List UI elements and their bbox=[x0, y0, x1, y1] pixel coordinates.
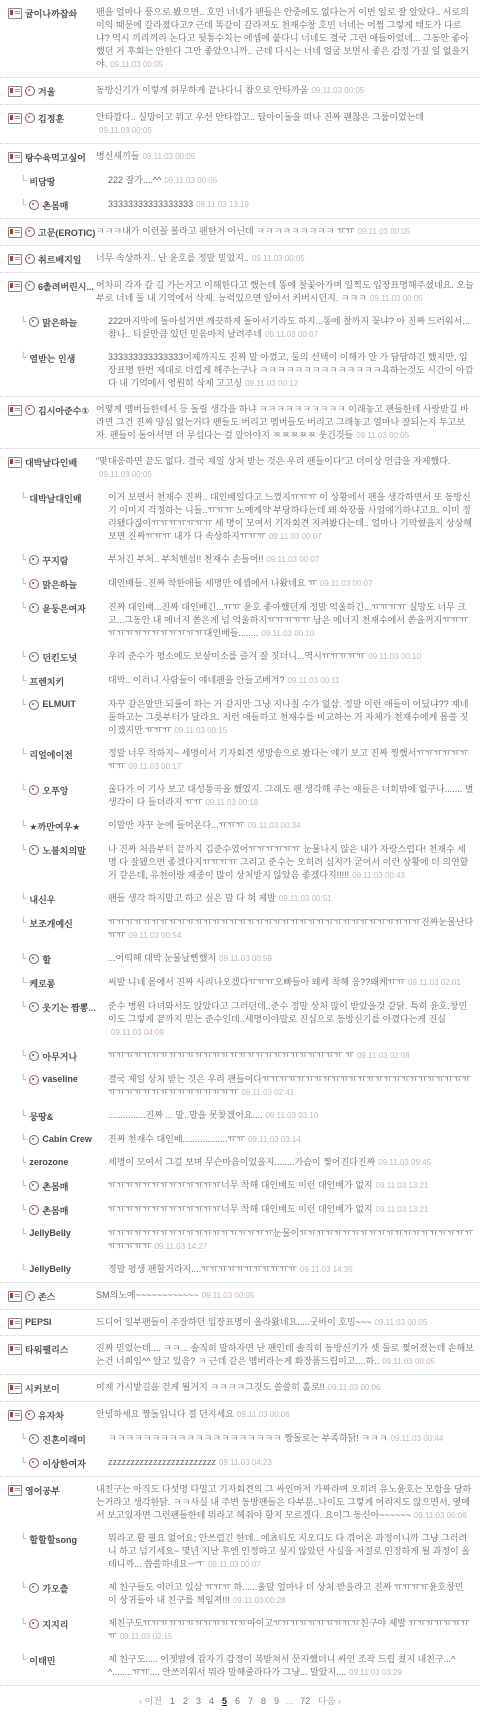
username[interactable]: 웃기는 짬뽕... bbox=[42, 1001, 95, 1014]
comment-text: 팬들 생각 하지말고 하고 싶은 말 다 혀 제발 bbox=[108, 893, 276, 903]
comment-row: 유자차안녕하세요 짱돌입니다 절 던지세요09.11.03 00:06 bbox=[0, 1403, 480, 1427]
member-card-icon[interactable] bbox=[8, 113, 22, 124]
member-card-icon[interactable] bbox=[8, 152, 22, 163]
comment-body: 222마지막에 돌아설거면 깨끗하게 돌아서기라도 하지...똥에 찰까지 꽂냐… bbox=[108, 315, 476, 341]
comment-timestamp: 09.11.03 00:05 bbox=[99, 470, 152, 479]
comment-body: 준수 병원 다녀와서도 앉았다고 그러던데..준수 정말 상처 많이 받았을것 … bbox=[108, 1000, 476, 1039]
username[interactable]: 뭉땅& bbox=[29, 1110, 53, 1123]
comment-row: 고문(EROTIC)ㅋㅋㅋ내가 이런꼴 볼라고 팬한거 아닌데 ㅋㅋㅋㅋㅋㅋㅋㅋ… bbox=[0, 220, 480, 244]
reply-indent-icon: └ bbox=[20, 1533, 26, 1544]
comment-timestamp: 09.11.03 00:12 bbox=[245, 379, 298, 388]
member-card-icon[interactable] bbox=[8, 1291, 22, 1302]
username[interactable]: 프렌치키 bbox=[29, 675, 64, 688]
comment-timestamp: 09.11.03 00:07 bbox=[320, 579, 373, 588]
comment-timestamp: 09.11.03 00:06 bbox=[328, 1383, 381, 1392]
username[interactable]: 유자차 bbox=[38, 1409, 64, 1422]
username[interactable]: 케로롱 bbox=[29, 977, 55, 990]
comment-group: PEPSI드디어 일부팬들이 주장하던 입장표명이 올라왔네요.....굿바이 … bbox=[0, 1309, 480, 1335]
comment-text: ㅠㅠㅠㅠㅠㅠㅠㅠㅠㅠㅠㅠㅠㅠㅠㅠㅠㅠㅠㅠㅠㅠㅠㅠㅠㅠㅠ ㅠ bbox=[108, 1050, 354, 1060]
reply-indent-icon: └ bbox=[20, 1001, 26, 1012]
reply-row: └JellyBellyㅠㅠㅠㅠㅠㅠㅠㅠㅠㅠㅠㅠㅠㅠㅠㅠㅠㅠㅠ눈물이ㅠㅠㅠㅠㅠㅠㅠ… bbox=[0, 1222, 480, 1258]
comment-body: ㅋㅋㅋ내가 이런꼴 볼라고 팬한거 아닌데 ㅋㅋㅋㅋㅋㅋㅋㅋㅋ ㅠㅠ09.11.… bbox=[96, 225, 476, 238]
comment-row: 영어공부내친구는 아직도 다섯명 다밀고 기자회견의 그 싸인마저 가짜라며 오… bbox=[0, 1478, 480, 1527]
member-card-icon[interactable] bbox=[8, 227, 22, 238]
username[interactable]: JellyBelly bbox=[29, 1264, 71, 1274]
reply-row: └★까만여우★이말만 자꾸 눈에 들어온다...ㅠㅠㅠ09.11.03 00:3… bbox=[0, 814, 480, 838]
comment-group: 시커보이이제 가시밭길을 걷게 될거지 ㅋㅋㅋㅋ그것도 쓸쓸히 홀로!!09.1… bbox=[0, 1374, 480, 1401]
comment-author-cell: └노블치의말 bbox=[8, 843, 108, 857]
comment-body: 정말 평생 팬할거라지....ㅠㅠㅠㅠㅠㅠㅠㅠㅠㅠㅠ09.11.03 14:35 bbox=[108, 1263, 476, 1276]
comment-author-cell: └비담땅 bbox=[8, 174, 108, 188]
comment-body: ㅠㅠㅠㅠㅠㅠㅠㅠㅠㅠㅠㅠㅠㅠㅠㅠㅠㅠㅠㅠㅠㅠㅠㅠㅠㅠㅠㅠㅠㅠㅠㅠㅠㅠㅠㅠ진짜눈물… bbox=[108, 916, 476, 942]
comment-timestamp: 09.11.03 00:07 bbox=[266, 555, 319, 564]
reply-indent-icon: └ bbox=[20, 352, 26, 363]
username[interactable]: 열받는 인생 bbox=[29, 352, 75, 365]
username[interactable]: 시커보이 bbox=[25, 1382, 60, 1395]
level-badge-icon bbox=[29, 1205, 39, 1215]
comment-body: 대인배들..진짜 착한애들 세명만 에셉에서 나왔네요 ㅠ09.11.03 00… bbox=[108, 577, 476, 590]
comment-author-cell: 시커보이 bbox=[8, 1381, 96, 1395]
comment-text: 병신새끼들 bbox=[96, 151, 139, 161]
comment-body: 222 잘가....^^09.11.03 00:05 bbox=[108, 174, 476, 187]
comment-body: 이제 가시밭길을 걷게 될거지 ㅋㅋㅋㅋ그것도 쓸쓸히 홀로!!09.11.03… bbox=[96, 1381, 476, 1394]
comment-body: SM의노예~~~~~~~~~~~~09.11.03 00:05 bbox=[96, 1289, 476, 1302]
comment-timestamp: 09.11.03 09:45 bbox=[378, 1158, 431, 1167]
comment-body: 정말 너무 착하지~ 세명이서 기자회견 생방송으로 봤다는 얘기 보고 진짜 … bbox=[108, 747, 476, 773]
comment-author-cell: └맑은하늘 bbox=[8, 577, 108, 591]
username[interactable]: 비담땅 bbox=[29, 175, 55, 188]
level-badge-icon bbox=[25, 86, 35, 96]
username[interactable]: 꾸지람 bbox=[42, 554, 68, 567]
comment-timestamp: 09.11.03 00:05 bbox=[202, 1291, 255, 1300]
comment-body: 씨발 니네 몸에서 진짜 사리나오겠다ㅠㅠㅠ오빠들아 왜케 착해 응??왜케ㅠㅠ… bbox=[108, 976, 476, 989]
reply-row: └vaseline결국 제일 상처 받는 것은 우리 팬들이다ㅠㅠㅠㅠㅠㅠㅠㅠㅠ… bbox=[0, 1068, 480, 1104]
username[interactable]: Cabin Crew bbox=[42, 1134, 92, 1144]
username[interactable]: 김정훈 bbox=[38, 112, 64, 125]
username[interactable]: vaseline bbox=[42, 1074, 78, 1084]
comment-timestamp: 09.11.03 00:05 bbox=[357, 227, 410, 236]
username[interactable]: 존스 bbox=[38, 1290, 55, 1303]
comment-text: ...어떡해 대박 눈물날뻔했지 bbox=[108, 953, 216, 963]
comment-author-cell: └이상한여자 bbox=[8, 1456, 108, 1470]
level-badge-icon bbox=[29, 652, 39, 662]
comment-row: 탕수육먹고싶어병신새끼들09.11.03 00:05 bbox=[0, 145, 480, 169]
comment-author-cell: └★까만여우★ bbox=[8, 819, 108, 833]
username[interactable]: 탕수육먹고싶어 bbox=[25, 151, 86, 164]
comment-author-cell: └촌몸매 bbox=[8, 1203, 108, 1217]
pagination-page-6[interactable]: 6 bbox=[235, 1696, 240, 1706]
reply-indent-icon: └ bbox=[20, 554, 26, 565]
comment-author-cell: └열받는 인생 bbox=[8, 351, 108, 365]
comment-text: 울다가 이 기사 보고 대성통곡을 했었지. 그래도 팬 생각해 주는 애들은 … bbox=[108, 784, 474, 807]
username[interactable]: 6촐려버린시... bbox=[38, 280, 94, 293]
comment-row: 김시아준수①어떻게 멤버들한테서 등 돌릴 생각을 하냐 ㅋㅋㅋㅋㅋㅋㅋㅋㅋㅋ … bbox=[0, 398, 480, 447]
comment-list: 귤이나까잡솨팬을 얼마나 풍으로 봤으면.. 호민 너네가 팬들은 안중에도 없… bbox=[0, 0, 480, 1685]
member-card-icon[interactable] bbox=[8, 1318, 22, 1329]
comment-timestamp: 09.11.03 00:05 bbox=[370, 294, 423, 303]
comment-body: 제 친구도..... 어젯밤에 갑자기 감정이 복받쳐서 문자했더니 싸인 조작… bbox=[108, 1653, 476, 1679]
reply-row: └보조개예신ㅠㅠㅠㅠㅠㅠㅠㅠㅠㅠㅠㅠㅠㅠㅠㅠㅠㅠㅠㅠㅠㅠㅠㅠㅠㅠㅠㅠㅠㅠㅠㅠㅠㅠ… bbox=[0, 911, 480, 947]
reply-row: └꾸지람부처긴 부처.. 부처핸섬!! 천재수 손들어!!09.11.03 00… bbox=[0, 548, 480, 572]
username[interactable]: ★까만여우★ bbox=[29, 820, 80, 833]
comment-body: 병신새끼들09.11.03 00:05 bbox=[96, 150, 476, 163]
username[interactable]: 할할할song bbox=[29, 1533, 77, 1546]
comment-timestamp: 09.11.03 02:01 bbox=[408, 978, 461, 987]
username[interactable]: 할 bbox=[42, 953, 51, 966]
comment-group: 고문(EROTIC)ㅋㅋㅋ내가 이런꼴 볼라고 팬한거 아닌데 ㅋㅋㅋㅋㅋㅋㅋㅋ… bbox=[0, 218, 480, 245]
comment-text: 준수 병원 다녀와서도 앉았다고 그러던데..준수 정말 상처 많이 받았을것 … bbox=[108, 1001, 467, 1024]
username[interactable]: 맑은하늘 bbox=[42, 316, 77, 329]
comment-timestamp: 09.11.03 13:19 bbox=[196, 200, 249, 209]
member-card-icon[interactable] bbox=[8, 254, 22, 265]
comment-body: 세명이 모여서 그걸 보며 무슨마음이었을지........가슴이 찢어진다진짜… bbox=[108, 1156, 476, 1169]
reply-row: └ELMUIT자꾸 같은말만 되풀이 하는 거 같지만 그냥 지나칠 수가 없삼… bbox=[0, 693, 480, 742]
username[interactable]: 대박날다인배 bbox=[25, 456, 77, 469]
comment-author-cell: └ELMUIT bbox=[8, 698, 108, 710]
username[interactable]: 진혼이래미 bbox=[42, 1433, 85, 1446]
member-card-icon[interactable] bbox=[8, 281, 22, 292]
comment-author-cell: └vaseline bbox=[8, 1073, 108, 1085]
comment-author-cell: └던킨도넛 bbox=[8, 650, 108, 664]
username[interactable]: 오푸앙 bbox=[42, 784, 68, 797]
reply-row: └오푸앙울다가 이 기사 보고 대성통곡을 했었지. 그래도 팬 생각해 주는 … bbox=[0, 778, 480, 814]
username[interactable]: zerozone bbox=[29, 1157, 68, 1167]
comment-author-cell: └zerozone bbox=[8, 1156, 108, 1168]
username[interactable]: 김시아준수① bbox=[38, 404, 89, 417]
comment-timestamp: 09.11.03 00:10 bbox=[368, 652, 421, 661]
comment-row: 대박날다인배"맞대응하면 끝도 없다. 결국 제일 상처 받는 것은 우리 팬들… bbox=[0, 450, 480, 486]
pagination-page-3[interactable]: 3 bbox=[196, 1696, 201, 1706]
level-badge-icon bbox=[29, 579, 39, 589]
comment-group: 6촐려버린시...어차피 각자 갈 길 가는거고 이해한다고 했는데 똥에 찰꽃… bbox=[0, 272, 480, 396]
comment-author-cell: └이태민 bbox=[8, 1653, 108, 1667]
reply-row: └케로롱씨발 니네 몸에서 진짜 사리나오겠다ㅠㅠㅠ오빠들아 왜케 착해 응??… bbox=[0, 971, 480, 995]
comment-text: 정말 평생 팬할거라지....ㅠㅠㅠㅠㅠㅠㅠㅠㅠㅠㅠ bbox=[108, 1264, 297, 1274]
comment-timestamp: 09.11.03 00:18 bbox=[205, 798, 258, 807]
comment-timestamp: 09.11.03 13:21 bbox=[376, 1205, 429, 1214]
pagination-page-1[interactable]: 1 bbox=[170, 1696, 175, 1706]
reply-row: └할할할song뭐라고 할 필요 없어요; 안쓰럽긴 한데.. 에쵸티도 지오디… bbox=[0, 1527, 480, 1576]
reply-row: └zerozone세명이 모여서 그걸 보며 무슨마음이었을지........가… bbox=[0, 1151, 480, 1174]
username[interactable]: 리얼에이전 bbox=[29, 748, 72, 761]
comment-body: 안녕하세요 짱돌입니다 절 던지세요09.11.03 00:06 bbox=[96, 1408, 476, 1421]
username[interactable]: 촌몸매 bbox=[42, 199, 68, 212]
level-badge-icon bbox=[29, 1619, 39, 1629]
comment-timestamp: 09.11.03 00:05 bbox=[142, 152, 195, 161]
comment-timestamp: 09.11.03 00:43 bbox=[352, 871, 405, 880]
username[interactable]: 이태민 bbox=[29, 1654, 55, 1667]
username[interactable]: 맑은하늘 bbox=[42, 578, 77, 591]
comment-author-cell: └JellyBelly bbox=[8, 1263, 108, 1275]
comment-text: 안녕하세요 짱돌입니다 절 던지세요 bbox=[96, 1409, 234, 1419]
comment-body: ㅠㅠㅠㅠㅠㅠㅠㅠㅠㅠㅠㅠㅠ너무 착해 대인배도 이런 대인배가 없지09.11.… bbox=[108, 1203, 476, 1216]
comment-timestamp: 09.11.03 00:15 bbox=[174, 726, 227, 735]
comment-text: ㅠㅠㅠㅠㅠㅠㅠㅠㅠㅠㅠㅠㅠ너무 착해 대인배도 이런 대인배가 없지 bbox=[108, 1204, 373, 1214]
comment-row: 6촐려버린시...어차피 각자 갈 길 가는거고 이해한다고 했는데 똥에 찰꽃… bbox=[0, 274, 480, 310]
username[interactable]: 지지리 bbox=[42, 1618, 68, 1631]
username[interactable]: 보조개예신 bbox=[29, 917, 72, 930]
comment-timestamp: 09.11.03 00:10 bbox=[261, 629, 314, 638]
comment-text: 이제 가시밭길을 걷게 될거지 ㅋㅋㅋㅋ그것도 쓸쓸히 홀로!! bbox=[96, 1382, 325, 1392]
comment-group: 존스SM의노예~~~~~~~~~~~~09.11.03 00:05 bbox=[0, 1282, 480, 1309]
reply-row: └열받는 인생333333333333333어제까지도 진짜 말 아꼈고, 둘의… bbox=[0, 346, 480, 395]
username[interactable]: 윤둥은여자 bbox=[42, 602, 85, 615]
level-badge-icon bbox=[29, 1051, 39, 1061]
member-card-icon[interactable] bbox=[8, 1344, 22, 1355]
reply-row: └할...어떡해 대박 눈물날뻔했지09.11.03 00:59 bbox=[0, 947, 480, 971]
comment-author-cell: 존스 bbox=[8, 1289, 96, 1303]
pagination-page-2[interactable]: 2 bbox=[183, 1696, 188, 1706]
comment-author-cell: └진혼이래미 bbox=[8, 1432, 108, 1446]
member-card-icon[interactable] bbox=[8, 8, 22, 19]
member-card-icon[interactable] bbox=[8, 1410, 22, 1421]
level-badge-icon bbox=[29, 1434, 39, 1444]
comment-timestamp: 09.11.03 00:51 bbox=[279, 894, 332, 903]
comment-timestamp: 09.11.03 00:06 bbox=[237, 1410, 290, 1419]
comment-body: 너무 속상하지.. 난 윤호를 정말 믿었지..09.11.03 00:05 bbox=[96, 252, 476, 265]
comment-body: 대박.. 이러니 사람들이 얘네팬을 안들고배겨?09.11.03 00:11 bbox=[108, 674, 476, 687]
comment-body: zzzzzzzzzzzzzzzzzzzzzzzz09.11.03 04:23 bbox=[108, 1456, 476, 1469]
comment-body: 진짜 천재수 대인배..................ㅠㅠ09.11.03 0… bbox=[108, 1133, 476, 1146]
comment-group: 겨울동방신기가 이렇게 허무하게 끝나다니 참으로 안타까움09.11.03 0… bbox=[0, 77, 480, 104]
comment-timestamp: 09.11.03 00:28 bbox=[233, 1596, 286, 1605]
username[interactable]: 대박날대인배 bbox=[29, 492, 81, 505]
reply-indent-icon: └ bbox=[20, 1074, 26, 1085]
comment-group: 김시아준수①어떻게 멤버들한테서 등 돌릴 생각을 하냐 ㅋㅋㅋㅋㅋㅋㅋㅋㅋㅋ … bbox=[0, 396, 480, 448]
comment-row: 취르베지일너무 속상하지.. 난 윤호를 정말 믿었지..09.11.03 00… bbox=[0, 247, 480, 271]
comment-text: 씨발 니네 몸에서 진짜 사리나오겠다ㅠㅠㅠ오빠들아 왜케 착해 응??왜케ㅠㅠ bbox=[108, 977, 405, 987]
username[interactable]: 노블치의말 bbox=[42, 844, 85, 857]
level-badge-icon bbox=[25, 227, 35, 237]
comment-author-cell: 취르베지일 bbox=[8, 252, 96, 266]
username[interactable]: 촌몸매 bbox=[42, 1180, 68, 1193]
comment-timestamp: 09.11.03 02:41 bbox=[241, 1088, 294, 1097]
reply-row: └JellyBelly정말 평생 팬할거라지....ㅠㅠㅠㅠㅠㅠㅠㅠㅠㅠㅠ09.… bbox=[0, 1258, 480, 1281]
level-badge-icon bbox=[29, 700, 39, 710]
comment-timestamp: 09.11.03 04:23 bbox=[219, 1458, 272, 1467]
reply-indent-icon: └ bbox=[20, 1228, 26, 1239]
comment-author-cell: 겨울 bbox=[8, 84, 96, 98]
username[interactable]: 타워팰리스 bbox=[25, 1343, 68, 1356]
comment-author-cell: └할할할song bbox=[8, 1532, 108, 1546]
reply-indent-icon: └ bbox=[20, 1457, 26, 1468]
comment-row: PEPSI드디어 일부팬들이 주장하던 입장표명이 올라왔네요.....굿바이 … bbox=[0, 1311, 480, 1334]
comment-text: 자꾸 같은말만 되풀이 하는 거 같지만 그냥 지나칠 수가 없삼. 정말 이런… bbox=[108, 699, 469, 735]
comment-author-cell: 고문(EROTIC) bbox=[8, 225, 96, 239]
reply-row: └아무거나ㅠㅠㅠㅠㅠㅠㅠㅠㅠㅠㅠㅠㅠㅠㅠㅠㅠㅠㅠㅠㅠㅠㅠㅠㅠㅠㅠ ㅠ09.11.… bbox=[0, 1044, 480, 1068]
username[interactable]: JellyBelly bbox=[29, 1228, 71, 1238]
member-card-icon[interactable] bbox=[8, 86, 22, 97]
comment-text: "맞대응하면 끝도 없다. 결국 제일 상처 받는 것은 우리 팬들이다"고 더… bbox=[96, 456, 450, 466]
reply-indent-icon: └ bbox=[20, 1433, 26, 1444]
comment-group: 탕수육먹고싶어병신새끼들09.11.03 00:05└비담땅222 잘가....… bbox=[0, 143, 480, 218]
level-badge-icon bbox=[25, 254, 35, 264]
comment-author-cell: └아무거나 bbox=[8, 1049, 108, 1063]
comment-author-cell: └맑은하늘 bbox=[8, 315, 108, 329]
comment-timestamp: 09.11.03 00:05 bbox=[99, 126, 152, 135]
comment-author-cell: └프렌치키 bbox=[8, 674, 108, 688]
comment-timestamp: 09.11.03 00:05 bbox=[311, 86, 364, 95]
comment-timestamp: 09.11.03 00:11 bbox=[288, 676, 340, 685]
reply-row: └이상한여자zzzzzzzzzzzzzzzzzzzzzzzz09.11.03 0… bbox=[0, 1451, 480, 1475]
username[interactable]: 던킨도넛 bbox=[42, 651, 77, 664]
comment-author-cell: └웃기는 짬뽕... bbox=[8, 1000, 108, 1014]
username[interactable]: 가오츨 bbox=[42, 1582, 68, 1595]
comment-row: 귤이나까잡솨팬을 얼마나 풍으로 봤으면.. 호민 너네가 팬들은 안중에도 없… bbox=[0, 1, 480, 76]
reply-indent-icon: └ bbox=[20, 492, 26, 503]
comment-timestamp: 09.11.03 00:54 bbox=[128, 931, 181, 940]
pagination-page-7[interactable]: 7 bbox=[248, 1696, 253, 1706]
pagination-page-4[interactable]: 4 bbox=[209, 1696, 214, 1706]
comment-timestamp: 09.11.03 14:35 bbox=[300, 1265, 353, 1274]
comment-body: 어떻게 멤버들한테서 등 돌릴 생각을 하냐 ㅋㅋㅋㅋㅋㅋㅋㅋㅋㅋ 이래놓고 팬… bbox=[96, 403, 476, 442]
comment-author-cell: └Cabin Crew bbox=[8, 1133, 108, 1145]
reply-row: └진혼이래미ㅋㅋㅋㅋㅋㅋㅋㅋㅋㅋㅋㅋㅋㅋㅋㅋㅋㅋㅋㅋ 짱돌로는 부족하닭! ㅋㅋ… bbox=[0, 1427, 480, 1451]
comment-text: ㅠㅠㅠㅠㅠㅠㅠㅠㅠㅠㅠㅠㅠ너무 착해 대인배도 이런 대인배가 없지 bbox=[108, 1180, 373, 1190]
reply-row: └노블치의말나 진짜 처음부터 끝까지 김준수였어ㅠㅠㅠㅠㅠㅠ 눈물나지 않은 … bbox=[0, 838, 480, 887]
comment-text: 우리 준수가 평소에도 보살미소를 즐겨 잘 짓더니...역시ㅠㅠㅠㅠㅠ bbox=[108, 651, 365, 661]
comment-body: 자꾸 같은말만 되풀이 하는 거 같지만 그냥 지나칠 수가 없삼. 정말 이런… bbox=[108, 698, 476, 737]
comment-text: 33333333333333333 bbox=[108, 199, 193, 209]
comment-author-cell: └지지리 bbox=[8, 1617, 108, 1631]
username[interactable]: 아무거나 bbox=[42, 1050, 77, 1063]
username[interactable]: 고문(EROTIC) bbox=[38, 226, 95, 239]
reply-indent-icon: └ bbox=[20, 784, 26, 795]
reply-indent-icon: └ bbox=[20, 893, 26, 904]
comment-row: 타워팰리스진짜 믿었는데.... ㅋㅋ... 솔직히 말하자면 난 팬인데 솔직… bbox=[0, 1337, 480, 1373]
comment-timestamp: 09.11.03 03:29 bbox=[349, 1668, 402, 1677]
username[interactable]: PEPSI bbox=[25, 1317, 52, 1327]
pagination-page-9[interactable]: 9 bbox=[274, 1696, 279, 1706]
reply-row: └촌몸매3333333333333333309.11.03 13:19 bbox=[0, 193, 480, 217]
comment-timestamp: 09.11.03 00:07 bbox=[265, 330, 318, 339]
comment-timestamp: 09.11.03 02:15 bbox=[120, 1632, 173, 1641]
comment-body: ...............진짜 ... 말..말을 못찾겠어요....09.… bbox=[108, 1109, 476, 1122]
comment-timestamp: 09.11.03 02:08 bbox=[357, 1051, 410, 1060]
comment-body: ㅠㅠㅠㅠㅠㅠㅠㅠㅠㅠㅠㅠㅠㅠㅠㅠㅠㅠㅠㅠㅠㅠㅠㅠㅠㅠㅠ ㅠ09.11.03 02… bbox=[108, 1049, 476, 1062]
pagination-next[interactable]: 다음 › bbox=[318, 1696, 341, 1706]
comment-timestamp: 09.11.03 00:05 bbox=[252, 254, 305, 263]
reply-indent-icon: └ bbox=[20, 1157, 26, 1168]
comment-row: 김정훈안타깝다.. 실망이고 뭐고 우선 안타깝고.. 탑아이돌을 떠나 진짜 … bbox=[0, 106, 480, 142]
comment-body: 이거 보면서 천재수 진짜.. 대인배일다고 느꼈지ㅠㅠㅠ 이 상황에서 팬을 … bbox=[108, 491, 476, 543]
comment-timestamp: 09.11.03 00:44 bbox=[391, 1434, 444, 1443]
reply-indent-icon: └ bbox=[20, 1582, 26, 1593]
comment-author-cell: 김정훈 bbox=[8, 111, 96, 125]
reply-row: └촌몸매ㅠㅠㅠㅠㅠㅠㅠㅠㅠㅠㅠㅠㅠ너무 착해 대인배도 이런 대인배가 없지09… bbox=[0, 1198, 480, 1222]
pagination-page-72[interactable]: 72 bbox=[300, 1696, 310, 1706]
comment-body: 333333333333333어제까지도 진짜 말 아꼈고, 둘의 선택이 이해… bbox=[108, 351, 476, 390]
comment-group: 타워팰리스진짜 믿었는데.... ㅋㅋ... 솔직히 말하자면 난 팬인데 솔직… bbox=[0, 1335, 480, 1374]
username[interactable]: 이상한여자 bbox=[42, 1457, 85, 1470]
reply-indent-icon: └ bbox=[20, 748, 26, 759]
username[interactable]: 귤이나까잡솨 bbox=[25, 7, 77, 20]
comment-body: 우리 준수가 평소에도 보살미소를 즐겨 잘 짓더니...역시ㅠㅠㅠㅠㅠ09.1… bbox=[108, 650, 476, 663]
comment-author-cell: └보조개예신 bbox=[8, 916, 108, 930]
comment-author-cell: └촌몸매 bbox=[8, 198, 108, 212]
level-badge-icon bbox=[29, 200, 39, 210]
comment-body: 내친구는 아직도 다섯명 다밀고 기자회견의 그 싸인마저 가짜라며 오히려 유… bbox=[96, 1483, 476, 1522]
comment-group: 영어공부내친구는 아직도 다섯명 다밀고 기자회견의 그 싸인마저 가짜라며 오… bbox=[0, 1476, 480, 1685]
comment-author-cell: PEPSI bbox=[8, 1316, 96, 1329]
comment-body: 진짜 대인배...진짜 대인배긴...ㅠㅠ 윤호 좋아했던게 정말 억울하긴..… bbox=[108, 601, 476, 640]
comment-body: 뭐라고 할 필요 없어요; 안쓰럽긴 한데.. 에쵸티도 지오디도 다 겪어온 … bbox=[108, 1532, 476, 1571]
comment-timestamp: 09.11.03 00:05 bbox=[375, 1318, 428, 1327]
username[interactable]: 취르베지일 bbox=[38, 253, 81, 266]
comment-text: 이말만 자꾸 눈에 들어온다...ㅠㅠㅠ bbox=[108, 820, 245, 830]
pagination-page-5[interactable]: 5 bbox=[222, 1696, 227, 1706]
reply-indent-icon: └ bbox=[20, 199, 26, 210]
comment-timestamp: 09.11.03 00:05 bbox=[356, 431, 409, 440]
comment-text: 동방신기가 이렇게 허무하게 끝나다니 참으로 안타까움 bbox=[96, 85, 308, 95]
pagination-prev[interactable]: ‹ 이전 bbox=[139, 1696, 162, 1706]
reply-indent-icon: └ bbox=[20, 1050, 26, 1061]
comment-row: 시커보이이제 가시밭길을 걷게 될거지 ㅋㅋㅋㅋ그것도 쓸쓸히 홀로!!09.1… bbox=[0, 1376, 480, 1400]
comment-body: 결국 제일 상처 받는 것은 우리 팬들이다ㅠㅠㅠㅠㅠㅠㅠㅠㅠㅠㅠㅠㅠㅠㅠㅠㅠㅠ… bbox=[108, 1073, 476, 1099]
username[interactable]: 겨울 bbox=[38, 85, 55, 98]
comment-timestamp: 09.11.03 00:05 bbox=[382, 1357, 435, 1366]
username[interactable]: ELMUIT bbox=[42, 699, 76, 709]
username[interactable]: 내신우 bbox=[29, 893, 55, 906]
member-card-icon[interactable] bbox=[8, 1383, 22, 1394]
comment-timestamp: 09.11.03 00:05 bbox=[164, 176, 217, 185]
member-card-icon[interactable] bbox=[8, 405, 22, 416]
comment-author-cell: └꾸지람 bbox=[8, 553, 108, 567]
reply-row: └뭉땅&...............진짜 ... 말..말을 못찾겠어요...… bbox=[0, 1104, 480, 1128]
comment-author-cell: └가오츨 bbox=[8, 1581, 108, 1595]
level-badge-icon bbox=[29, 1458, 39, 1468]
reply-row: └이태민제 친구도..... 어젯밤에 갑자기 감정이 복받쳐서 문자했더니 싸… bbox=[0, 1648, 480, 1684]
comment-text: 나 진짜 처음부터 끝까지 김준수였어ㅠㅠㅠㅠㅠㅠ 눈물나지 않은 내가 자랑스… bbox=[108, 844, 468, 880]
comment-text: zzzzzzzzzzzzzzzzzzzzzzzz bbox=[108, 1457, 216, 1467]
reply-indent-icon: └ bbox=[20, 1180, 26, 1191]
pagination-page-8[interactable]: 8 bbox=[261, 1696, 266, 1706]
reply-row: └가오츨제 친구들도 이러고 있삼 ㅠㅠㅠ 하......울말 얼마나 더 상처… bbox=[0, 1576, 480, 1612]
comment-body: 제친구도ㅠㅠㅠㅠㅠㅠㅠㅠㅠㅠㅠㅠ아이고ㅠㅠㅠㅠㅠㅠㅠㅠㅠㅠ친구야 제발 ㅠㅠㅠㅠ… bbox=[108, 1617, 476, 1643]
member-card-icon[interactable] bbox=[8, 457, 22, 468]
comment-text: 대인배들..진짜 착한애들 세명만 에셉에서 나왔네요 ㅠ bbox=[108, 578, 317, 588]
comment-author-cell: └촌몸매 bbox=[8, 1179, 108, 1193]
comment-group: 유자차안녕하세요 짱돌입니다 절 던지세요09.11.03 00:06└진혼이래… bbox=[0, 1401, 480, 1476]
comment-author-cell: └리얼에이전 bbox=[8, 747, 108, 761]
reply-row: └리얼에이전정말 너무 착하지~ 세명이서 기자회견 생방송으로 봤다는 얘기 … bbox=[0, 742, 480, 778]
comment-author-cell: └대박날대인배 bbox=[8, 491, 108, 505]
comment-text: SM의노예~~~~~~~~~~~~ bbox=[96, 1290, 199, 1300]
comment-author-cell: └오푸앙 bbox=[8, 783, 108, 797]
comment-timestamp: 09.11.03 14:27 bbox=[154, 1242, 207, 1251]
reply-indent-icon: └ bbox=[20, 699, 26, 710]
comment-text: ...............진짜 ... 말..말을 못찾겠어요.... bbox=[108, 1110, 262, 1120]
comment-body: 이말만 자꾸 눈에 들어온다...ㅠㅠㅠ09.11.03 00:34 bbox=[108, 819, 476, 832]
username[interactable]: 촌몸매 bbox=[42, 1204, 68, 1217]
level-badge-icon bbox=[29, 1583, 39, 1593]
comment-body: 동방신기가 이렇게 허무하게 끝나다니 참으로 안타까움09.11.03 00:… bbox=[96, 84, 476, 97]
reply-row: └내신우팬들 생각 하지말고 하고 싶은 말 다 혀 제발09.11.03 00… bbox=[0, 887, 480, 911]
comment-body: 안타깝다.. 실망이고 뭐고 우선 안타깝고.. 탑아이돌을 떠나 진짜 괜찮은… bbox=[96, 111, 476, 137]
pagination-ellipsis: … bbox=[285, 1696, 294, 1706]
comment-body: 부처긴 부처.. 부처핸섬!! 천재수 손들어!!09.11.03 00:07 bbox=[108, 553, 476, 566]
comment-body: 어차피 각자 갈 길 가는거고 이해한다고 했는데 똥에 찰꽃아가며 일찍도 입… bbox=[96, 279, 476, 305]
member-card-icon[interactable] bbox=[8, 1485, 22, 1496]
username[interactable]: 영어공부 bbox=[25, 1484, 60, 1497]
comment-author-cell: └뭉땅& bbox=[8, 1109, 108, 1123]
reply-row: └맑은하늘대인배들..진짜 착한애들 세명만 에셉에서 나왔네요 ㅠ09.11.… bbox=[0, 572, 480, 596]
comment-body: 진짜 믿었는데.... ㅋㅋ... 솔직히 말하자면 난 팬인데 솔직히 동방신… bbox=[96, 1342, 476, 1368]
comment-author-cell: └윤둥은여자 bbox=[8, 601, 108, 615]
reply-indent-icon: └ bbox=[20, 1654, 26, 1665]
comment-timestamp: 09.11.03 00:59 bbox=[219, 954, 272, 963]
reply-row: └지지리제친구도ㅠㅠㅠㅠㅠㅠㅠㅠㅠㅠㅠㅠ아이고ㅠㅠㅠㅠㅠㅠㅠㅠㅠㅠ친구야 제발 … bbox=[0, 1612, 480, 1648]
